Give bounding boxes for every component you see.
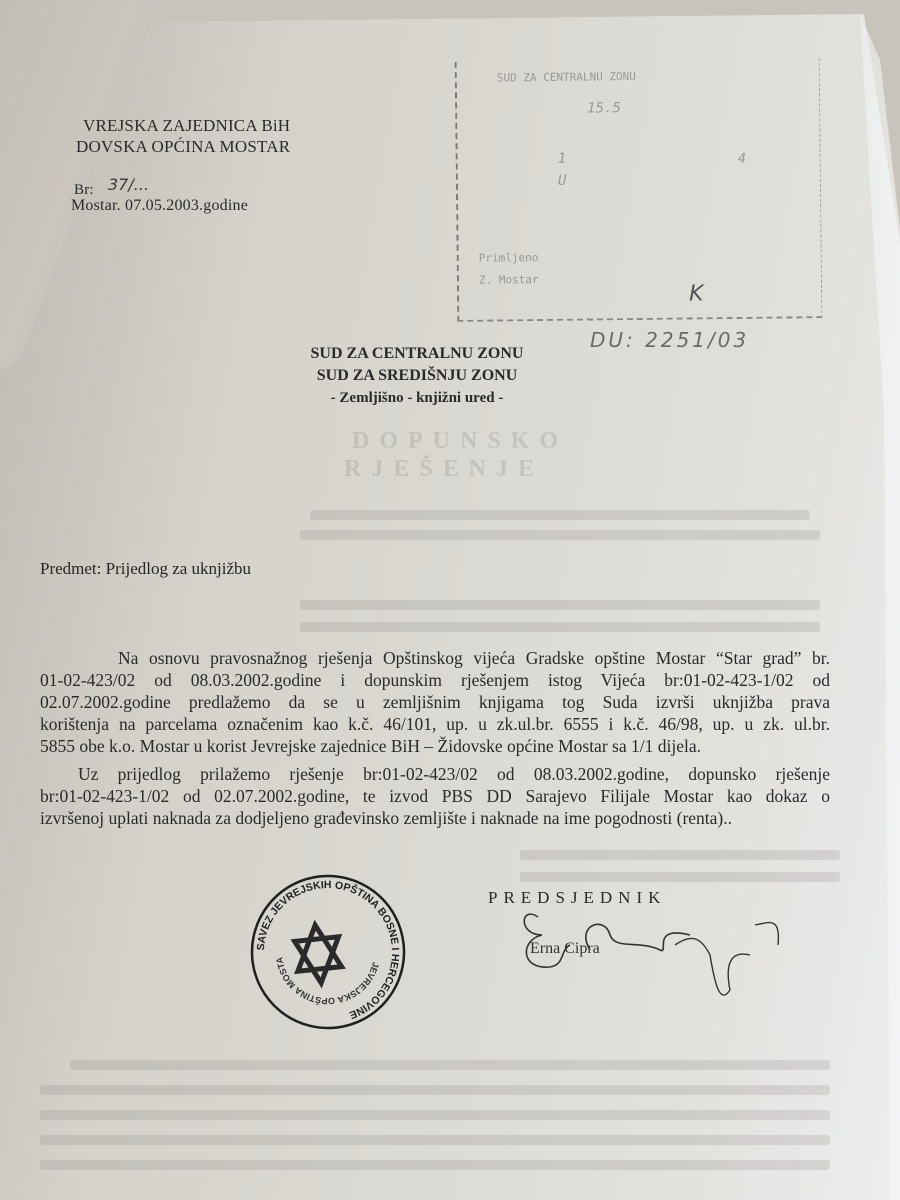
place-date: Mostar. 07.05.2003.godine — [71, 197, 248, 215]
ghost-line — [300, 622, 820, 632]
ghost-text: DOPUNSKO — [352, 428, 568, 455]
photo-scene: VREJSKA ZAJEDNICA BiH DOVSKA OPĆINA MOST… — [0, 0, 900, 1200]
ghost-line — [70, 1060, 830, 1070]
receipt-stamp-line: Primljeno — [479, 251, 539, 265]
paragraph-1-line: Na osnovu pravosnažnog rješenja Opštinsk… — [118, 648, 830, 670]
paragraph-1-line: korištenja na parcelama označenim kao k.… — [40, 714, 830, 736]
receipt-mark: 1 — [558, 151, 567, 167]
receipt-registry-number: DU: 2251/03 — [590, 328, 749, 352]
ghost-line — [40, 1110, 830, 1120]
ghost-line — [40, 1160, 830, 1170]
ghost-line — [520, 850, 840, 860]
subject-line: Predmet: Prijedlog za uknjižbu — [40, 558, 251, 580]
receipt-mark: 15.5 — [587, 100, 621, 116]
receipt-mark: U — [558, 173, 567, 189]
ghost-line — [40, 1085, 830, 1095]
ghost-line — [300, 530, 820, 540]
ghost-text: RJEŠENJE — [344, 456, 544, 483]
ghost-line — [300, 600, 820, 610]
recipient-block: SUD ZA CENTRALNU ZONU SUD ZA SREDIŠNJU Z… — [300, 343, 534, 409]
svg-text:SAVEZ JEVREJSKIH OPŠTINA BOSNE: SAVEZ JEVREJSKIH OPŠTINA BOSNE I HERCEGO… — [248, 872, 408, 1031]
paragraph-2-line: Uz prijedlog prilažemo rješenje br:01-02… — [78, 764, 830, 786]
paragraph-1-line: 5855 obe k.o. Mostar u korist Jevrejske … — [40, 736, 830, 758]
paragraph-1-line: 01-02-423/02 od 08.03.2002.godine i dopu… — [40, 670, 830, 692]
ghost-line — [520, 872, 840, 882]
sender-line-2: DOVSKA OPĆINA MOSTAR — [76, 137, 290, 157]
handwritten-signature — [520, 895, 780, 1005]
paragraph-2-line: izvršenoj uplati naknada za dodjeljeno g… — [40, 808, 830, 830]
paragraph-2-line: br:01-02-423-1/02 od 02.07.2002.godine, … — [40, 786, 830, 808]
seal-star-of-david-icon: SAVEZ JEVREJSKIH OPŠTINA BOSNE I HERCEGO… — [240, 864, 416, 1040]
paragraph-1-line: 02.07.2002.godine predlažemo da se u zem… — [40, 692, 830, 714]
sender-line-1: VREJSKA ZAJEDNICA BiH — [83, 116, 290, 136]
initials: K — [689, 281, 704, 306]
ghost-line — [40, 1135, 830, 1145]
recipient-line-2: SUD ZA SREDIŠNJU ZONU — [300, 365, 534, 387]
receipt-stamp-line: Z. Mostar — [479, 273, 539, 287]
recipient-line-3: - Zemljišno - knjižni ured - — [300, 387, 534, 409]
receipt-stamp-header: SUD ZA CENTRALNU ZONU — [497, 70, 636, 84]
reference-number: 37/... — [108, 175, 149, 194]
ghost-line — [310, 510, 810, 520]
receipt-stamp: SUD ZA CENTRALNU ZONU 15.5 1 U 4 Primlje… — [455, 58, 823, 322]
official-seal: SAVEZ JEVREJSKIH OPŠTINA BOSNE I HERCEGO… — [240, 864, 416, 1040]
receipt-mark: 4 — [738, 151, 747, 167]
recipient-line-1: SUD ZA CENTRALNU ZONU — [300, 343, 534, 365]
